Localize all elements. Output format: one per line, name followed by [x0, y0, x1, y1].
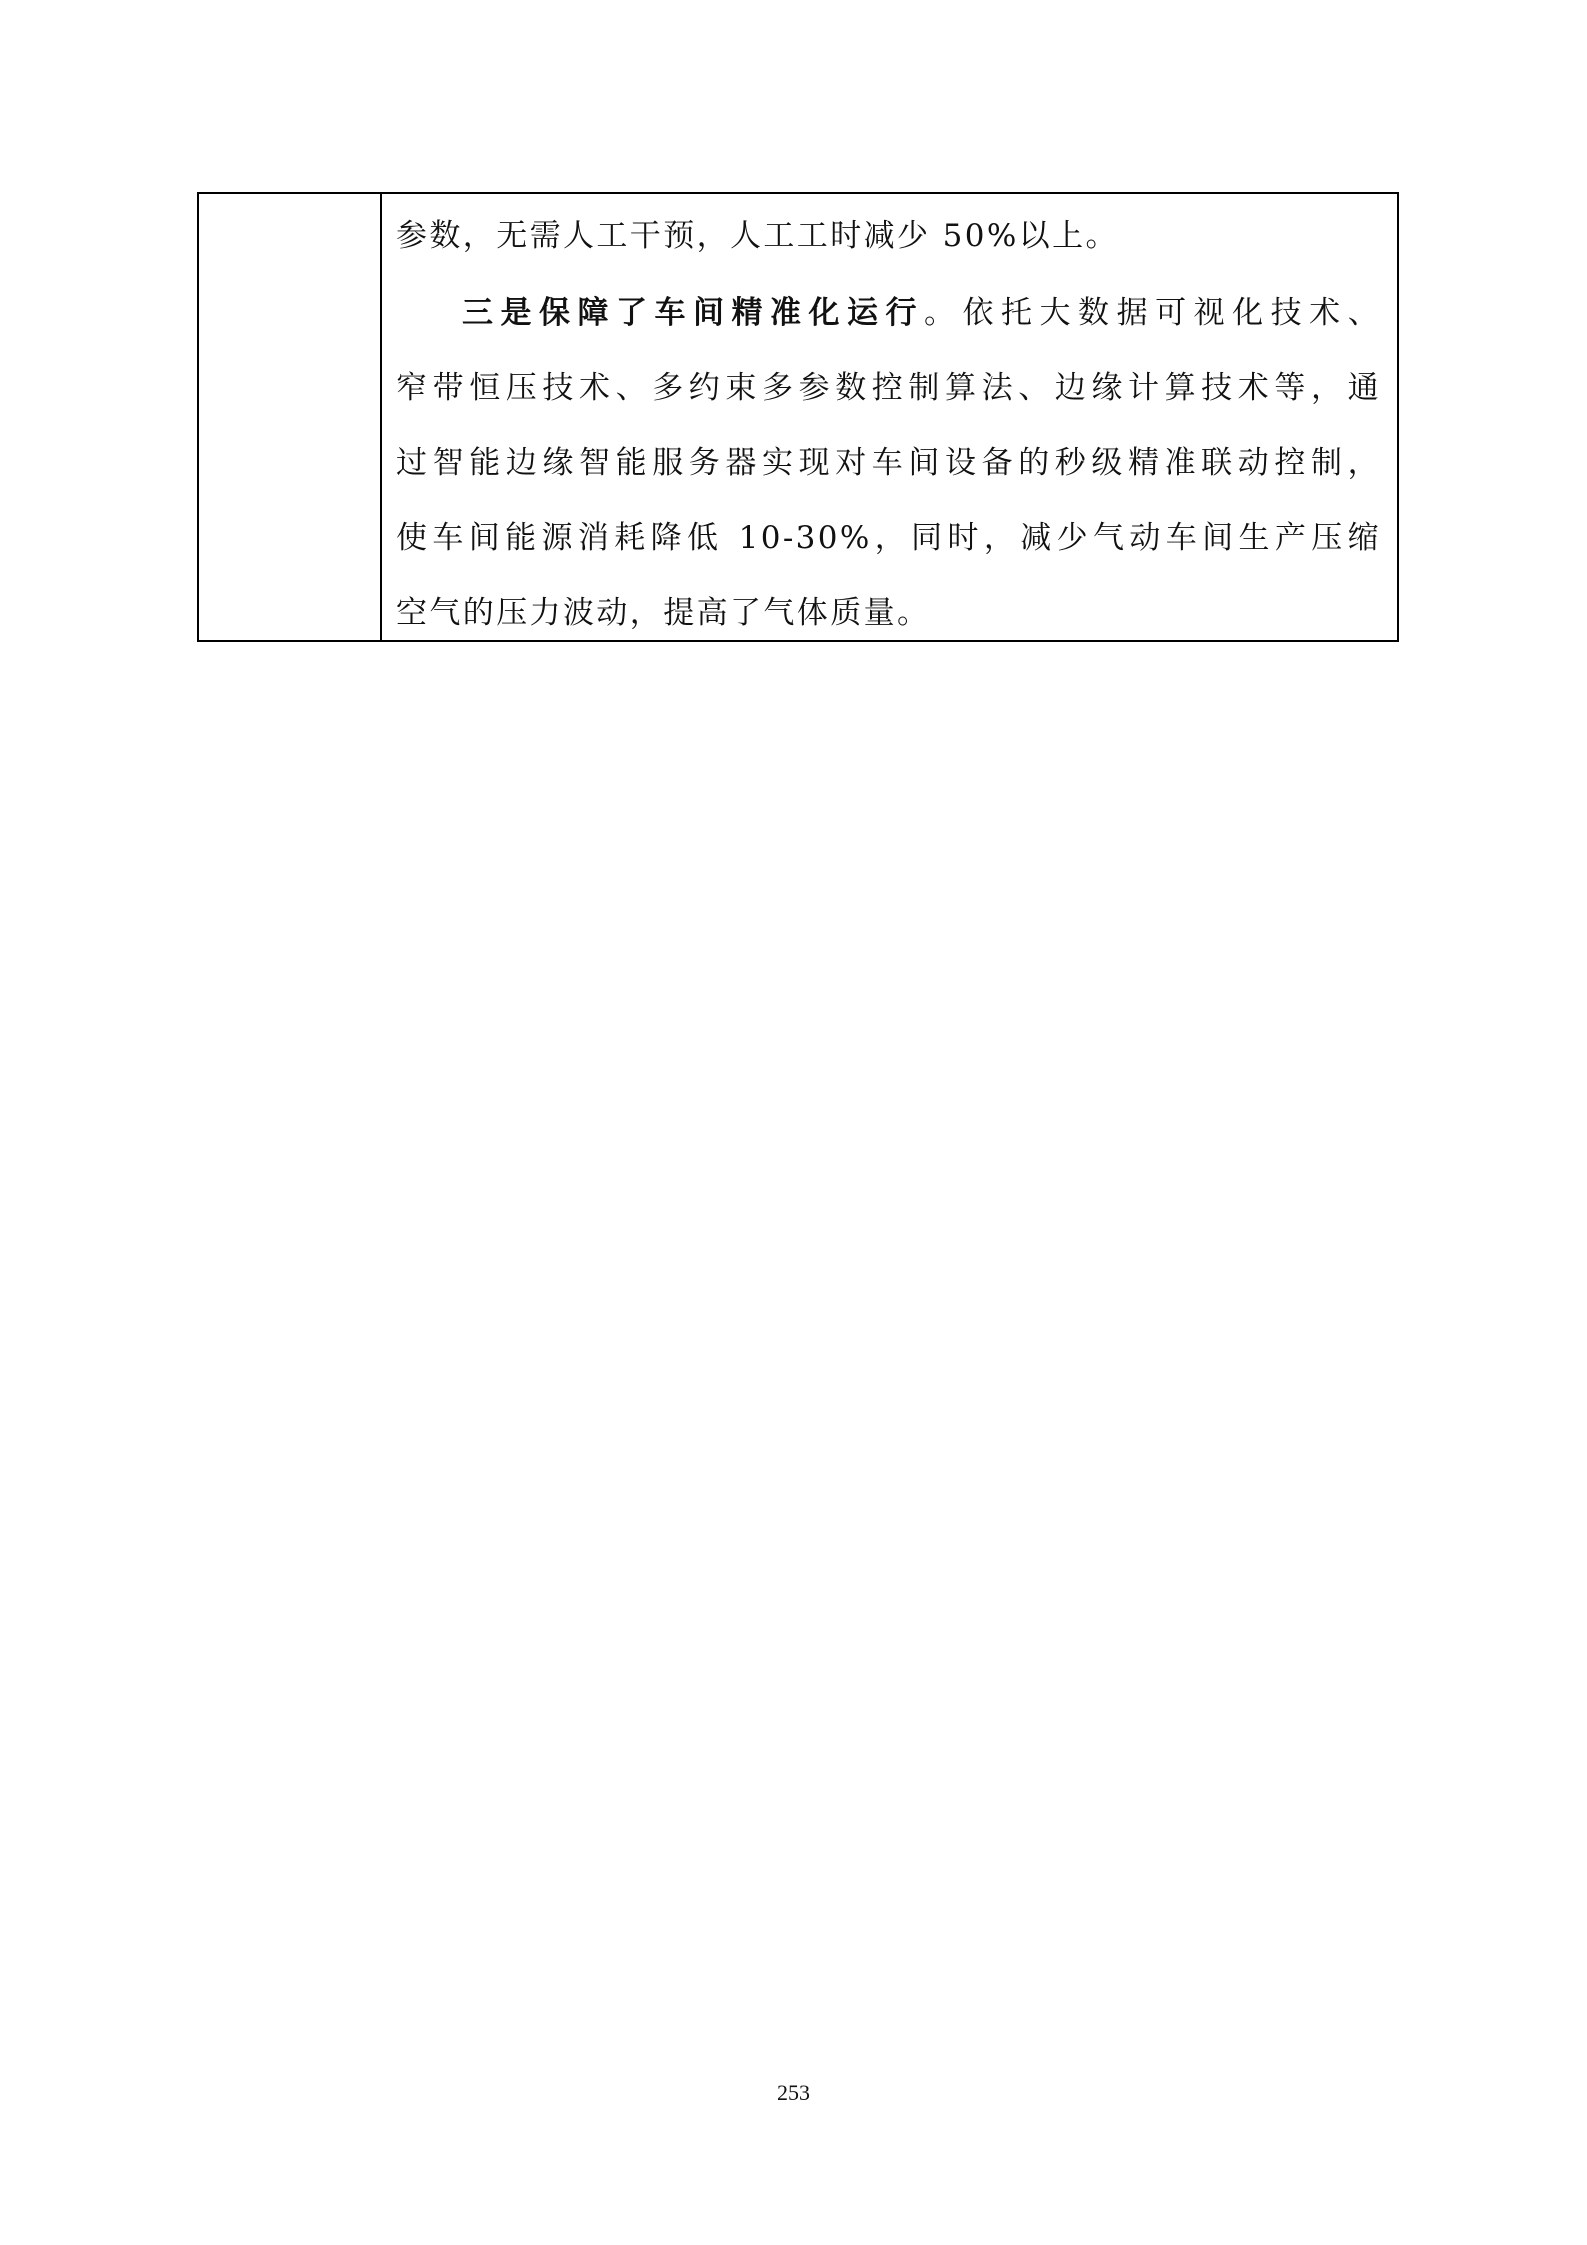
- paragraph-line-heading: 三是保障了车间精准化运行。依托大数据可视化技术、: [396, 276, 1381, 351]
- content-table: 参数，无需人工干预，人工工时减少 50%以上。 三是保障了车间精准化运行。依托大…: [197, 192, 1399, 642]
- paragraph-line: 空气的压力波动，提高了气体质量。: [396, 576, 1381, 651]
- paragraph-line: 窄带恒压技术、多约束多参数控制算法、边缘计算技术等，通: [396, 351, 1381, 426]
- paragraph-text: 。依托大数据可视化技术、: [924, 295, 1381, 331]
- table-right-cell: 参数，无需人工干预，人工工时减少 50%以上。 三是保障了车间精准化运行。依托大…: [382, 194, 1397, 640]
- table-left-cell: [199, 194, 382, 640]
- page-number: 253: [0, 2080, 1587, 2106]
- paragraph-bold-lead: 三是保障了车间精准化运行: [462, 295, 924, 331]
- paragraph-line: 使车间能源消耗降低 10-30%，同时，减少气动车间生产压缩: [396, 501, 1381, 576]
- paragraph-line: 参数，无需人工干预，人工工时减少 50%以上。: [396, 214, 1381, 276]
- paragraph-line: 过智能边缘智能服务器实现对车间设备的秒级精准联动控制，: [396, 426, 1381, 501]
